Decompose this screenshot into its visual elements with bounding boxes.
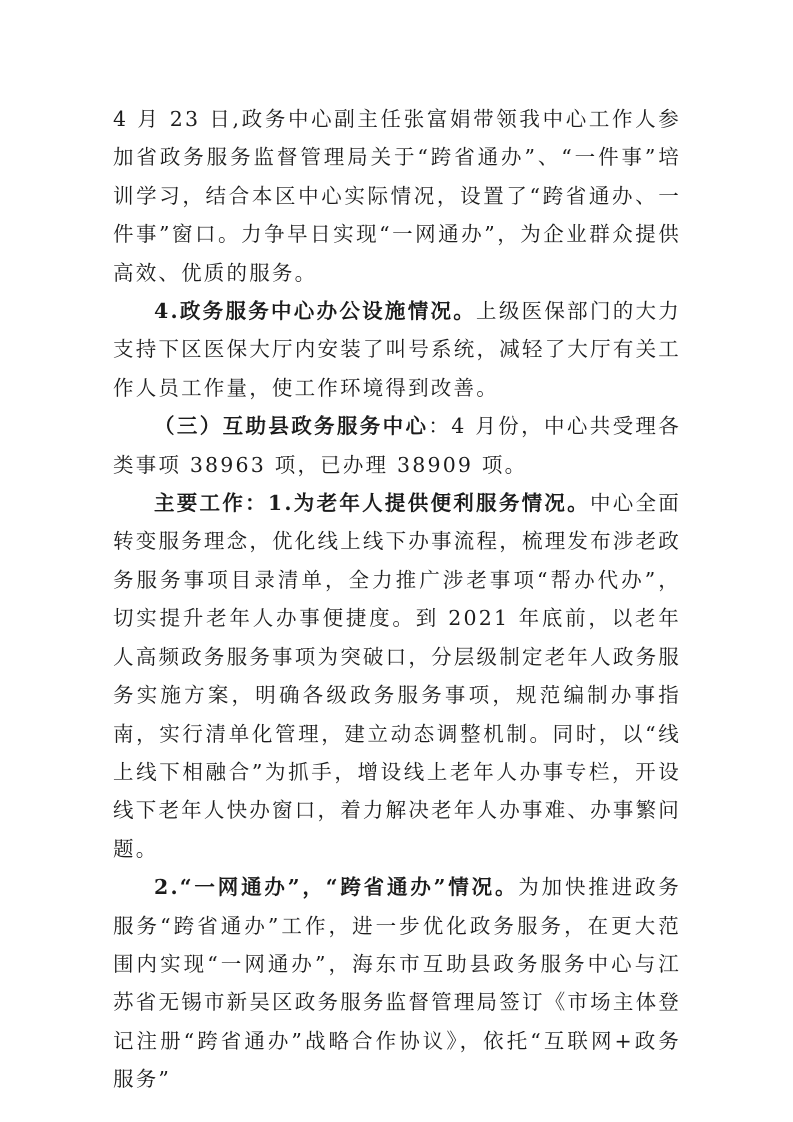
document-body: 4 月 23 日,政务中心副主任张富娟带领我中心工作人参加省政务服务监督管理局关… [113, 100, 681, 1099]
paragraph: 2.“一网通办”，“跨省通办”情况。为加快推进政务服务“跨省通办”工作，进一步优… [113, 868, 681, 1098]
paragraph: 4 月 23 日,政务中心副主任张富娟带领我中心工作人参加省政务服务监督管理局关… [113, 100, 681, 292]
paragraph-text: 4 月 23 日,政务中心副主任张富娟带领我中心工作人参加省政务服务监督管理局关… [113, 107, 681, 285]
paragraph-lead-bold: 2.“一网通办”，“跨省通办”情况。 [154, 875, 518, 899]
paragraph-lead-bold: 4.政务服务中心办公设施情况。 [154, 299, 476, 323]
paragraph-text: 为加快推进政务服务“跨省通办”工作，进一步优化政务服务，在更大范围内实现“一网通… [113, 875, 681, 1091]
paragraph-lead-bold: 主要工作：1.为老年人提供便利服务情况。 [154, 491, 590, 515]
paragraph-lead-bold: （三）互助县政务服务中心 [154, 414, 428, 438]
paragraph: （三）互助县政务服务中心：4 月份，中心共受理各类事项 38963 项，已办理 … [113, 407, 681, 484]
document-page: 4 月 23 日,政务中心副主任张富娟带领我中心工作人参加省政务服务监督管理局关… [0, 0, 793, 1122]
paragraph: 主要工作：1.为老年人提供便利服务情况。中心全面转变服务理念，优化线上线下办事流… [113, 484, 681, 868]
paragraph: 4.政务服务中心办公设施情况。上级医保部门的大力支持下区医保大厅内安装了叫号系统… [113, 292, 681, 407]
paragraph-text: 中心全面转变服务理念，优化线上线下办事流程，梳理发布涉老政务服务事项目录清单，全… [113, 491, 681, 861]
